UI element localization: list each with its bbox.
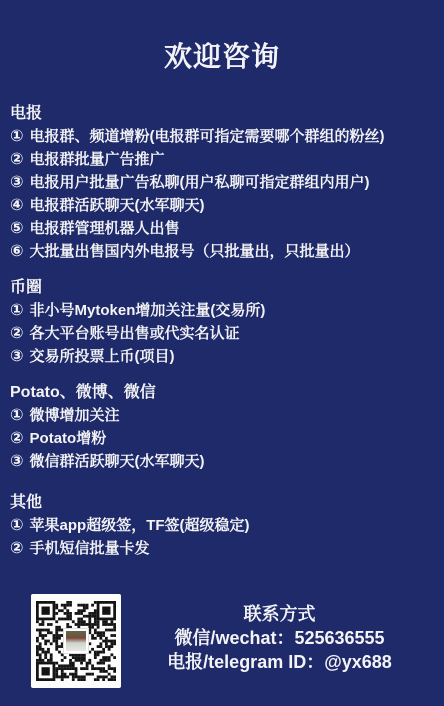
contact-footer: 联系方式 微信/wechat：525636555 电报/telegram ID：… [0,594,444,688]
item-number: ⑥ [10,241,24,263]
list-item: ②手机短信批量卡发 [10,538,434,560]
item-text: 大批量出售国内外电报号（只批量出，只批量出） [30,241,360,263]
item-number: ① [10,405,24,427]
list-item: ②各大平台账号出售或代实名认证 [10,323,434,345]
list-item: ③电报用户批量广告私聊(用户私聊可指定群组内用户) [10,172,434,194]
contact-telegram: 电报/telegram ID：@yx688 [121,650,438,674]
item-text: 微博增加关注 [30,405,120,427]
item-number: ① [10,300,24,322]
item-number: ② [10,428,24,450]
contact-info: 联系方式 微信/wechat：525636555 电报/telegram ID：… [121,594,444,674]
list-item: ⑥大批量出售国内外电报号（只批量出，只批量出） [10,241,434,263]
item-number: ① [10,126,24,148]
qr-avatar-photo [66,631,86,651]
list-item: ②Potato增粉 [10,428,434,450]
item-number: ⑤ [10,218,24,240]
list-item: ①微博增加关注 [10,405,434,427]
item-number: ③ [10,451,24,473]
item-number: ③ [10,172,24,194]
section-header: 其他 [10,491,434,515]
item-number: ④ [10,195,24,217]
list-item: ④电报群活跃聊天(水军聊天) [10,195,434,217]
item-number: ② [10,149,24,171]
item-text: 手机短信批量卡发 [30,538,150,560]
item-text: 电报群活跃聊天(水军聊天) [30,195,205,217]
qr-avatar [64,629,88,653]
page-title: 欢迎咨询 [0,0,444,74]
item-text: 电报用户批量广告私聊(用户私聊可指定群组内用户) [30,172,370,194]
list-item: ②电报群批量广告推广 [10,149,434,171]
item-number: ② [10,323,24,345]
item-text: 交易所投票上币(项目) [30,346,175,368]
section-1: 电报①电报群、频道增粉(电报群可指定需要哪个群组的粉丝)②电报群批量广告推广③电… [10,102,434,263]
item-text: 电报群、频道增粉(电报群可指定需要哪个群组的粉丝) [30,126,385,148]
item-text: Potato增粉 [30,428,107,450]
wechat-qr-code [31,594,121,688]
sections: 电报①电报群、频道增粉(电报群可指定需要哪个群组的粉丝)②电报群批量广告推广③电… [0,102,444,560]
section-3: Potato、微博、微信①微博增加关注②Potato增粉③微信群活跃聊天(水军聊… [10,381,434,473]
contact-title: 联系方式 [121,602,438,626]
item-text: 电报群批量广告推广 [30,149,165,171]
section-header: Potato、微博、微信 [10,381,434,405]
list-item: ①苹果app超级签，TF签(超级稳定) [10,515,434,537]
item-number: ③ [10,346,24,368]
section-2: 币圈①非小号Mytoken增加关注量(交易所)②各大平台账号出售或代实名认证③交… [10,276,434,368]
section-header: 电报 [10,102,434,126]
item-text: 苹果app超级签，TF签(超级稳定) [30,515,250,537]
section-4: 其他①苹果app超级签，TF签(超级稳定)②手机短信批量卡发 [10,491,434,560]
section-header: 币圈 [10,276,434,300]
item-text: 微信群活跃聊天(水军聊天) [30,451,205,473]
poster-page: { "page": { "title": "欢迎咨询", "background… [0,0,444,706]
list-item: ③交易所投票上币(项目) [10,346,434,368]
contact-wechat: 微信/wechat：525636555 [121,626,438,650]
list-item: ①电报群、频道增粉(电报群可指定需要哪个群组的粉丝) [10,126,434,148]
item-text: 电报群管理机器人出售 [30,218,180,240]
list-item: ①非小号Mytoken增加关注量(交易所) [10,300,434,322]
list-item: ⑤电报群管理机器人出售 [10,218,434,240]
item-number: ① [10,515,24,537]
item-text: 各大平台账号出售或代实名认证 [30,323,240,345]
item-text: 非小号Mytoken增加关注量(交易所) [30,300,266,322]
item-number: ② [10,538,24,560]
list-item: ③微信群活跃聊天(水军聊天) [10,451,434,473]
